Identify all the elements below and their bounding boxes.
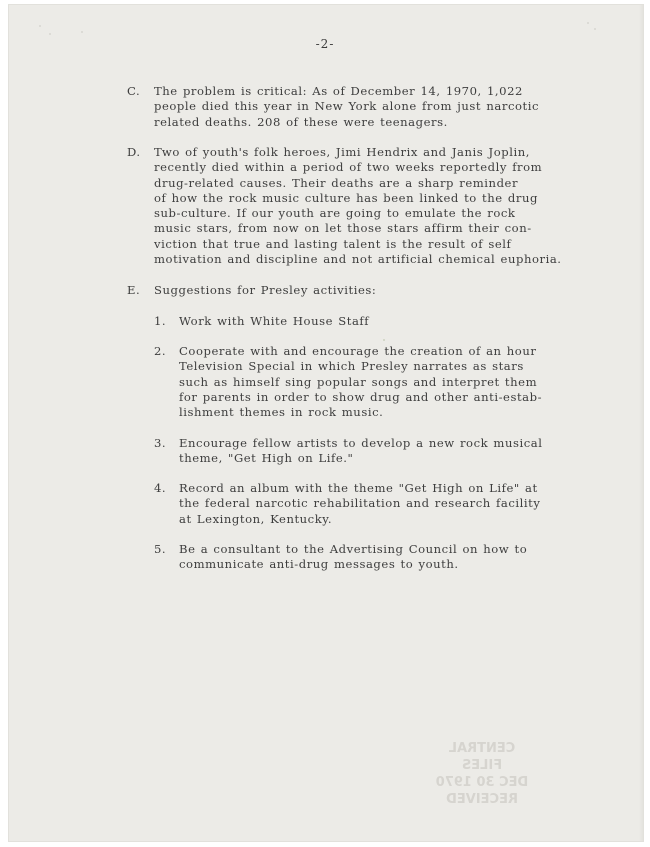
page-number: -2- — [0, 37, 650, 51]
text-line: music stars, from now on let those stars… — [154, 221, 597, 236]
item-number: 5. — [154, 542, 166, 557]
stamp-line: RECEIVED — [432, 791, 532, 808]
paper-speck — [383, 339, 385, 341]
section-text: Suggestions for Presley activities: — [154, 283, 597, 298]
section-text: The problem is critical: As of December … — [154, 84, 597, 130]
text-line: Be a consultant to the Advertising Counc… — [179, 542, 594, 557]
text-line: Work with White House Staff — [179, 314, 594, 329]
section-letter: D. — [127, 145, 141, 160]
text-line: communicate anti-drug messages to youth. — [179, 557, 594, 572]
text-line: drug-related causes. Their deaths are a … — [154, 176, 597, 191]
text-line: at Lexington, Kentucky. — [179, 512, 594, 527]
text-line: Television Special in which Presley narr… — [179, 359, 594, 374]
paper-speck — [594, 28, 596, 30]
text-line: Encourage fellow artists to develop a ne… — [179, 436, 594, 451]
bleed-through-received-stamp: CENTRAL FILES DEC 30 1970 RECEIVED — [432, 740, 532, 808]
text-line: Record an album with the theme "Get High… — [179, 481, 594, 496]
text-line: viction that true and lasting talent is … — [154, 237, 597, 252]
section-d: D. Two of youth's folk heroes, Jimi Hend… — [127, 145, 597, 267]
text-line: The problem is critical: As of December … — [154, 84, 597, 99]
suggestion-item-3: 3. Encourage fellow artists to develop a… — [154, 436, 594, 467]
paper-speck — [81, 31, 83, 33]
text-line: people died this year in New York alone … — [154, 99, 597, 114]
item-number: 3. — [154, 436, 166, 451]
item-number: 1. — [154, 314, 166, 329]
section-letter: E. — [127, 283, 140, 298]
paper-speck — [39, 25, 41, 27]
section-text: Two of youth's folk heroes, Jimi Hendrix… — [154, 145, 597, 267]
document-page — [9, 5, 643, 841]
text-line: theme, "Get High on Life." — [179, 451, 594, 466]
suggestion-item-2: 2. Cooperate with and encourage the crea… — [154, 344, 594, 420]
stamp-line: DEC 30 1970 — [432, 774, 532, 791]
text-line: sub-culture. If our youth are going to e… — [154, 206, 597, 221]
item-number: 2. — [154, 344, 166, 359]
suggestion-item-4: 4. Record an album with the theme "Get H… — [154, 481, 594, 527]
section-letter: C. — [127, 84, 140, 99]
text-line: such as himself sing popular songs and i… — [179, 375, 594, 390]
text-line: Suggestions for Presley activities: — [154, 283, 597, 298]
text-line: Cooperate with and encourage the creatio… — [179, 344, 594, 359]
text-line: the federal narcotic rehabilitation and … — [179, 496, 594, 511]
text-line: lishment themes in rock music. — [179, 405, 594, 420]
item-number: 4. — [154, 481, 166, 496]
text-line: related deaths. 208 of these were teenag… — [154, 115, 597, 130]
section-c: C. The problem is critical: As of Decemb… — [127, 84, 597, 130]
paper-speck — [49, 33, 51, 35]
stamp-line: CENTRAL FILES — [432, 740, 532, 774]
text-line: recently died within a period of two wee… — [154, 160, 597, 175]
text-line: of how the rock music culture has been l… — [154, 191, 597, 206]
suggestion-item-1: 1. Work with White House Staff — [154, 314, 594, 329]
suggestion-item-5: 5. Be a consultant to the Advertising Co… — [154, 542, 594, 573]
text-line: for parents in order to show drug and ot… — [179, 390, 594, 405]
text-line: Two of youth's folk heroes, Jimi Hendrix… — [154, 145, 597, 160]
text-line: motivation and discipline and not artifi… — [154, 252, 597, 267]
section-e: E. Suggestions for Presley activities: 1… — [127, 283, 597, 298]
paper-speck — [587, 22, 589, 24]
